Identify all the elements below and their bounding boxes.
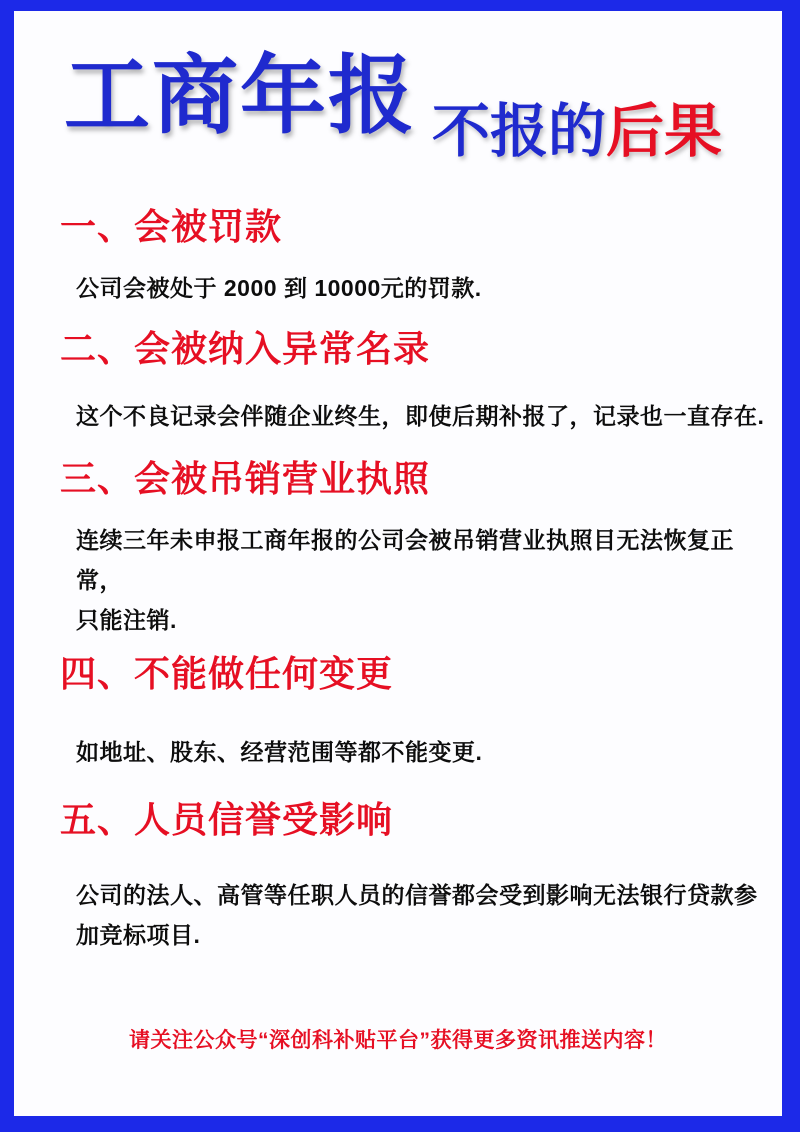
section-heading: 二、会被纳入异常名录	[60, 327, 782, 370]
section-abnormal-list: 二、会被纳入异常名录 这个不良记录会伴随企业终生，即使后期补报了，记录也一直存在…	[14, 327, 782, 436]
section-body: 这个不良记录会伴随企业终生，即使后期补报了，记录也一直存在.	[76, 396, 772, 436]
section-heading: 五、人员信誉受影响	[60, 798, 782, 841]
section-no-changes: 四、不能做任何变更 如地址、股东、经营范围等都不能变更.	[14, 652, 782, 772]
section-credit-impact: 五、人员信誉受影响 公司的法人、高管等任职人员的信誉都会受到影响无法银行贷款参 …	[14, 798, 782, 955]
section-body: 如地址、股东、经营范围等都不能变更.	[76, 732, 772, 772]
title-sub-red: 后果	[606, 99, 722, 164]
annual-report-poster: 工商年报 不报的后果 一、会被罚款 公司会被处于 2000 到 10000元的罚…	[0, 0, 800, 1132]
section-body: 公司的法人、高管等任职人员的信誉都会受到影响无法银行贷款参 加竞标项目.	[76, 875, 772, 955]
title-subtitle: 不报的后果	[432, 103, 722, 161]
section-body: 连续三年未申报工商年报的公司会被吊销营业执照目无法恢复正常， 只能注销.	[76, 520, 772, 640]
section-heading: 三、会被吊销营业执照	[60, 457, 782, 500]
section-heading: 一、会被罚款	[60, 205, 782, 248]
section-body: 公司会被处于 2000 到 10000元的罚款.	[76, 268, 772, 308]
section-license-revoked: 三、会被吊销营业执照 连续三年未申报工商年报的公司会被吊销营业执照目无法恢复正常…	[14, 457, 782, 640]
footer-note: 请关注公众号“深创科补贴平台”获得更多资讯推送内容！	[14, 1027, 782, 1054]
title-main: 工商年报	[64, 53, 416, 139]
poster-title: 工商年报 不报的后果	[64, 53, 782, 139]
section-heading: 四、不能做任何变更	[60, 652, 782, 695]
section-fine: 一、会被罚款 公司会被处于 2000 到 10000元的罚款.	[14, 205, 782, 308]
title-sub-blue: 不报的	[432, 99, 606, 164]
